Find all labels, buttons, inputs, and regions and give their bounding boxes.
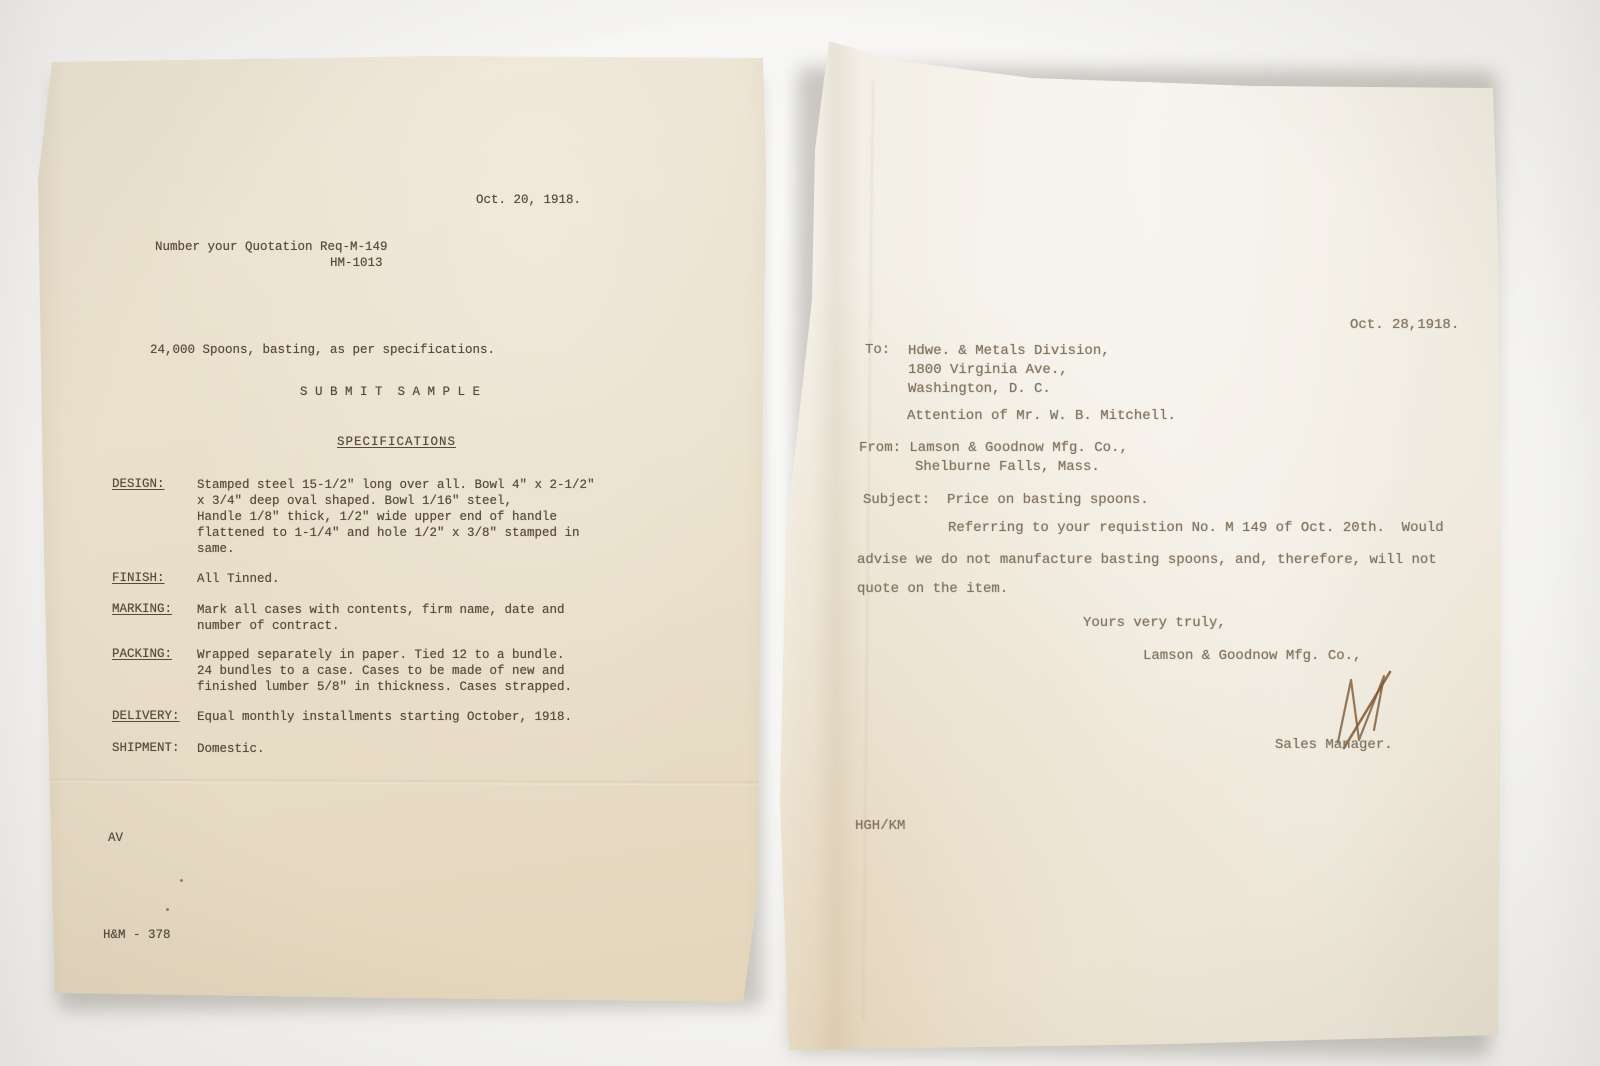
reference-initials: HGH/KM [855, 818, 905, 834]
spec-text-packing: Wrapped separately in paper. Tied 12 to … [197, 647, 572, 695]
document-quotation-sheet: Oct. 20, 1918. Number your Quotation Req… [36, 54, 770, 1006]
spec-text-line: Equal monthly installments starting Octo… [197, 709, 572, 725]
address-line: Hdwe. & Metals Division, [908, 342, 1110, 361]
fold-crease [36, 778, 770, 785]
spec-label-packing: PACKING: [112, 647, 172, 661]
spec-label-delivery: DELIVERY: [112, 709, 180, 723]
spec-text-line: number of contract. [197, 618, 565, 634]
address-line: 1800 Virginia Ave., [908, 361, 1110, 380]
photo-of-documents: { "scene": { "background_color": "#f2f1e… [0, 0, 1600, 1066]
spec-text-line: Wrapped separately in paper. Tied 12 to … [197, 647, 572, 663]
ink-speck [180, 879, 183, 882]
date-line: Oct. 20, 1918. [476, 193, 581, 207]
spec-label-finish: FINISH: [112, 571, 165, 585]
vertical-crease [862, 81, 874, 1021]
spec-text-design: Stamped steel 15-1/2" long over all. Bow… [197, 477, 595, 557]
closing-line: Yours very truly, [1083, 615, 1226, 631]
quotation-ref-line2: HM-1013 [330, 256, 383, 270]
spec-text-finish: All Tinned. [197, 571, 280, 587]
date-line: Oct. 28,1918. [1350, 317, 1459, 333]
body-line: quote on the item. [857, 581, 1008, 597]
spec-text-line: 24 bundles to a case. Cases to be made o… [197, 663, 572, 679]
body-line: advise we do not manufacture basting spo… [857, 552, 1437, 568]
company-line: Lamson & Goodnow Mfg. Co., [1143, 648, 1361, 664]
spec-text-line: flattened to 1-1/4" and hole 1/2" x 3/8"… [197, 525, 595, 541]
spec-text-line: Stamped steel 15-1/2" long over all. Bow… [197, 477, 595, 493]
spec-text-line: Domestic. [197, 741, 265, 757]
spec-text-line: finished lumber 5/8" in thickness. Cases… [197, 679, 572, 695]
specifications-heading: SPECIFICATIONS [337, 435, 456, 449]
spec-text-line: x 3/4" deep oval shaped. Bowl 1/16" stee… [197, 493, 595, 509]
file-number: H&M - 378 [103, 928, 171, 942]
from-city-line: Shelburne Falls, Mass. [915, 459, 1100, 475]
ink-speck [166, 908, 169, 911]
from-line: From: Lamson & Goodnow Mfg. Co., [859, 440, 1128, 456]
spec-text-line: same. [197, 541, 595, 557]
subject-line: Subject: Price on basting spoons. [863, 492, 1149, 508]
item-quantity-line: 24,000 Spoons, basting, as per specifica… [150, 343, 495, 357]
spec-text-delivery: Equal monthly installments starting Octo… [197, 709, 572, 725]
attention-line: Attention of Mr. W. B. Mitchell. [907, 408, 1176, 424]
spec-text-line: Mark all cases with contents, firm name,… [197, 602, 565, 618]
spec-label-marking: MARKING: [112, 602, 172, 616]
document-reply-letter: Oct. 28,1918. To: Hdwe. & Metals Divisio… [772, 36, 1506, 1052]
to-address-block: Hdwe. & Metals Division, 1800 Virginia A… [908, 342, 1110, 399]
spec-label-shipment: SHIPMENT: [112, 741, 180, 755]
quotation-ref-line1: Number your Quotation Req-M-149 [155, 240, 388, 254]
submit-sample-line: S U B M I T S A M P L E [300, 385, 480, 399]
spec-text-marking: Mark all cases with contents, firm name,… [197, 602, 565, 634]
body-line: Referring to your requistion No. M 149 o… [948, 520, 1444, 536]
address-line: Washington, D. C. [908, 380, 1110, 399]
typist-initials: AV [108, 831, 123, 845]
signer-title-line: Sales Manager. [1275, 737, 1393, 753]
curled-edge-highlight [772, 36, 867, 1052]
to-label: To: [865, 342, 890, 358]
spec-text-line: All Tinned. [197, 571, 280, 587]
paper-sheen [772, 36, 1506, 1052]
spec-text-shipment: Domestic. [197, 741, 265, 757]
spec-text-line: Handle 1/8" thick, 1/2" wide upper end o… [197, 509, 595, 525]
spec-label-design: DESIGN: [112, 477, 165, 491]
